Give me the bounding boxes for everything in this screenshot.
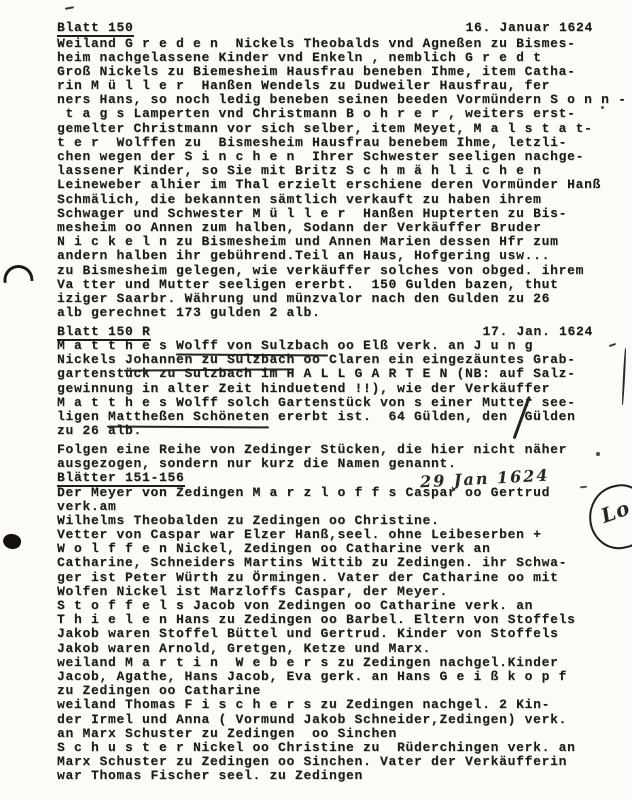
scan-speck [596, 452, 600, 456]
text-line: Schwager und Schwester M ü l l e r Hanße… [57, 207, 627, 221]
text-line: Der Meyer von Zedingen M a r z l o f f s… [57, 486, 576, 500]
handwritten-margin-note: Lo [598, 495, 632, 528]
entry-text-blaetter-151-156: Der Meyer von Zedingen M a r z l o f f s… [57, 486, 576, 784]
text-line: S t o f f e l s Jacob von Zedingen oo Ca… [57, 599, 576, 613]
text-line: zu Zedingen oo Catharine [57, 684, 576, 698]
text-line: Jacob, Agathe, Hans Jacob, Eva gerk. an … [57, 670, 576, 684]
scanned-document-page: Blatt 150 16. Januar 1624 Weiland G r e … [0, 0, 632, 800]
scan-speck [601, 106, 604, 109]
entry-heading: Blatt 150 [57, 21, 134, 37]
text-line: Folgen eine Reihe von Zedinger Stücken, … [57, 443, 567, 457]
text-line: Marx Schuster zu Zedingen oo Sinchen. Va… [57, 755, 576, 769]
text-line: an Marx Schuster zu Zedingen oo Sinchen [57, 727, 576, 741]
text-line: der Irmel und Anna ( Vormund Jakob Schne… [57, 713, 576, 727]
text-line: Wolfen Nickel ist Marzloffs Caspar, der … [57, 585, 576, 599]
text-line: Vetter von Caspar war Elzer Hanß,seel. o… [57, 528, 576, 542]
entry-text-blatt-150: Weiland G r e d e n Nickels Theobalds vn… [57, 37, 627, 321]
text-line: iziger Saarbr. Währung und münzvalor nac… [57, 292, 627, 306]
text-line: mesheim oo Annen zum halben, Sodann der … [57, 221, 627, 235]
margin-pen-stroke [622, 348, 627, 405]
text-line: lassener Kinder, so Sie mit Britz S c h … [57, 164, 627, 178]
text-line: gemelter Christmann vor sich selber, ite… [57, 122, 627, 136]
scan-speck [65, 6, 74, 10]
circled-margin-note: Lo [583, 479, 632, 554]
text-line: M a t t h e s Wolff von Sulzbach oo Elß … [57, 339, 576, 353]
text-line: t e r Wolffen zu Bismesheim Hausfrau ben… [57, 136, 627, 150]
text-line: ligen Mattheßen Schöneten ererbt ist. 64… [57, 410, 576, 424]
text-line: gewinnung in alter Zeit hinduetend !!), … [57, 382, 576, 396]
entry-date: 17. Jan. 1624 [482, 325, 593, 339]
text-line: Catharine, Schneiders Martins Wittib zu … [57, 556, 576, 570]
margin-arc-mark [2, 264, 33, 283]
scan-speck [609, 343, 616, 347]
text-line: Wilhelms Theobalden zu Zedingen oo Chris… [57, 514, 576, 528]
text-line: Groß Nickels zu Biemesheim Hausfrau bene… [57, 65, 627, 79]
text-line: alb gerechnet 173 gulden 2 alb. [57, 306, 627, 320]
text-line: ners Hans, so noch ledig beneben seinen … [57, 93, 627, 107]
text-line: Weiland G r e d e n Nickels Theobalds vn… [57, 37, 627, 51]
text-line: T h i e l e n Hans zu Zedingen oo Barbel… [57, 613, 576, 627]
note-paragraph: Folgen eine Reihe von Zedinger Stücken, … [57, 443, 567, 471]
pen-underline-matthessen-schoeneten [107, 425, 269, 428]
text-line: W o l f f e n Nickel, Zedingen oo Cathar… [57, 542, 576, 556]
text-line: t a g s Lamperten vnd Christmann B o h r… [57, 107, 627, 121]
text-line: Schmälich, die bekannten sämtlich verkau… [57, 193, 627, 207]
text-line: Va tter und Mutter seeligen ererbt. 150 … [57, 278, 627, 292]
entry-header-blatt-150: Blatt 150 16. Januar 1624 [57, 21, 593, 37]
text-line: M a t t h e s Wolff solch Gartenstück vo… [57, 396, 576, 410]
text-line: N i c k e l n zu Bismesheim und Annen Ma… [57, 235, 627, 249]
scan-speck [580, 486, 587, 489]
text-line: weiland M a r t i n W e b e r s zu Zedin… [57, 656, 576, 670]
text-line: rin M ü l l e r Hanßen Wendels zu Dudwei… [57, 79, 627, 93]
text-line: war Thomas Fischer seel. zu Zedingen [57, 769, 576, 783]
text-line: zu Bismesheim gelegen, wie verkäuffer so… [57, 264, 627, 278]
text-line: weiland Thomas F i s c h e r s zu Zeding… [57, 698, 576, 712]
margin-dot-mark [1, 532, 22, 551]
text-line: Leineweber alhier im Thal erzielt erschi… [57, 178, 627, 192]
text-line: verk.am [57, 500, 576, 514]
text-line: Jakob waren Stoffel Büttel und Gertrud. … [57, 627, 576, 641]
entry-date: 16. Januar 1624 [465, 21, 593, 35]
text-line: ger ist Peter Würth zu Örmingen. Vater d… [57, 571, 576, 585]
text-line: andern halben ihr gebührend.Teil an Haus… [57, 249, 627, 263]
text-line: heim nachgelassene Kinder vnd Enkeln , n… [57, 51, 627, 65]
text-line: chen wegen der S i n c h e n Ihrer Schwe… [57, 150, 627, 164]
text-line: S c h u s t e r Nickel oo Christine zu R… [57, 741, 576, 755]
text-line: Jakob waren Arnold, Gretgen, Ketze und M… [57, 642, 576, 656]
